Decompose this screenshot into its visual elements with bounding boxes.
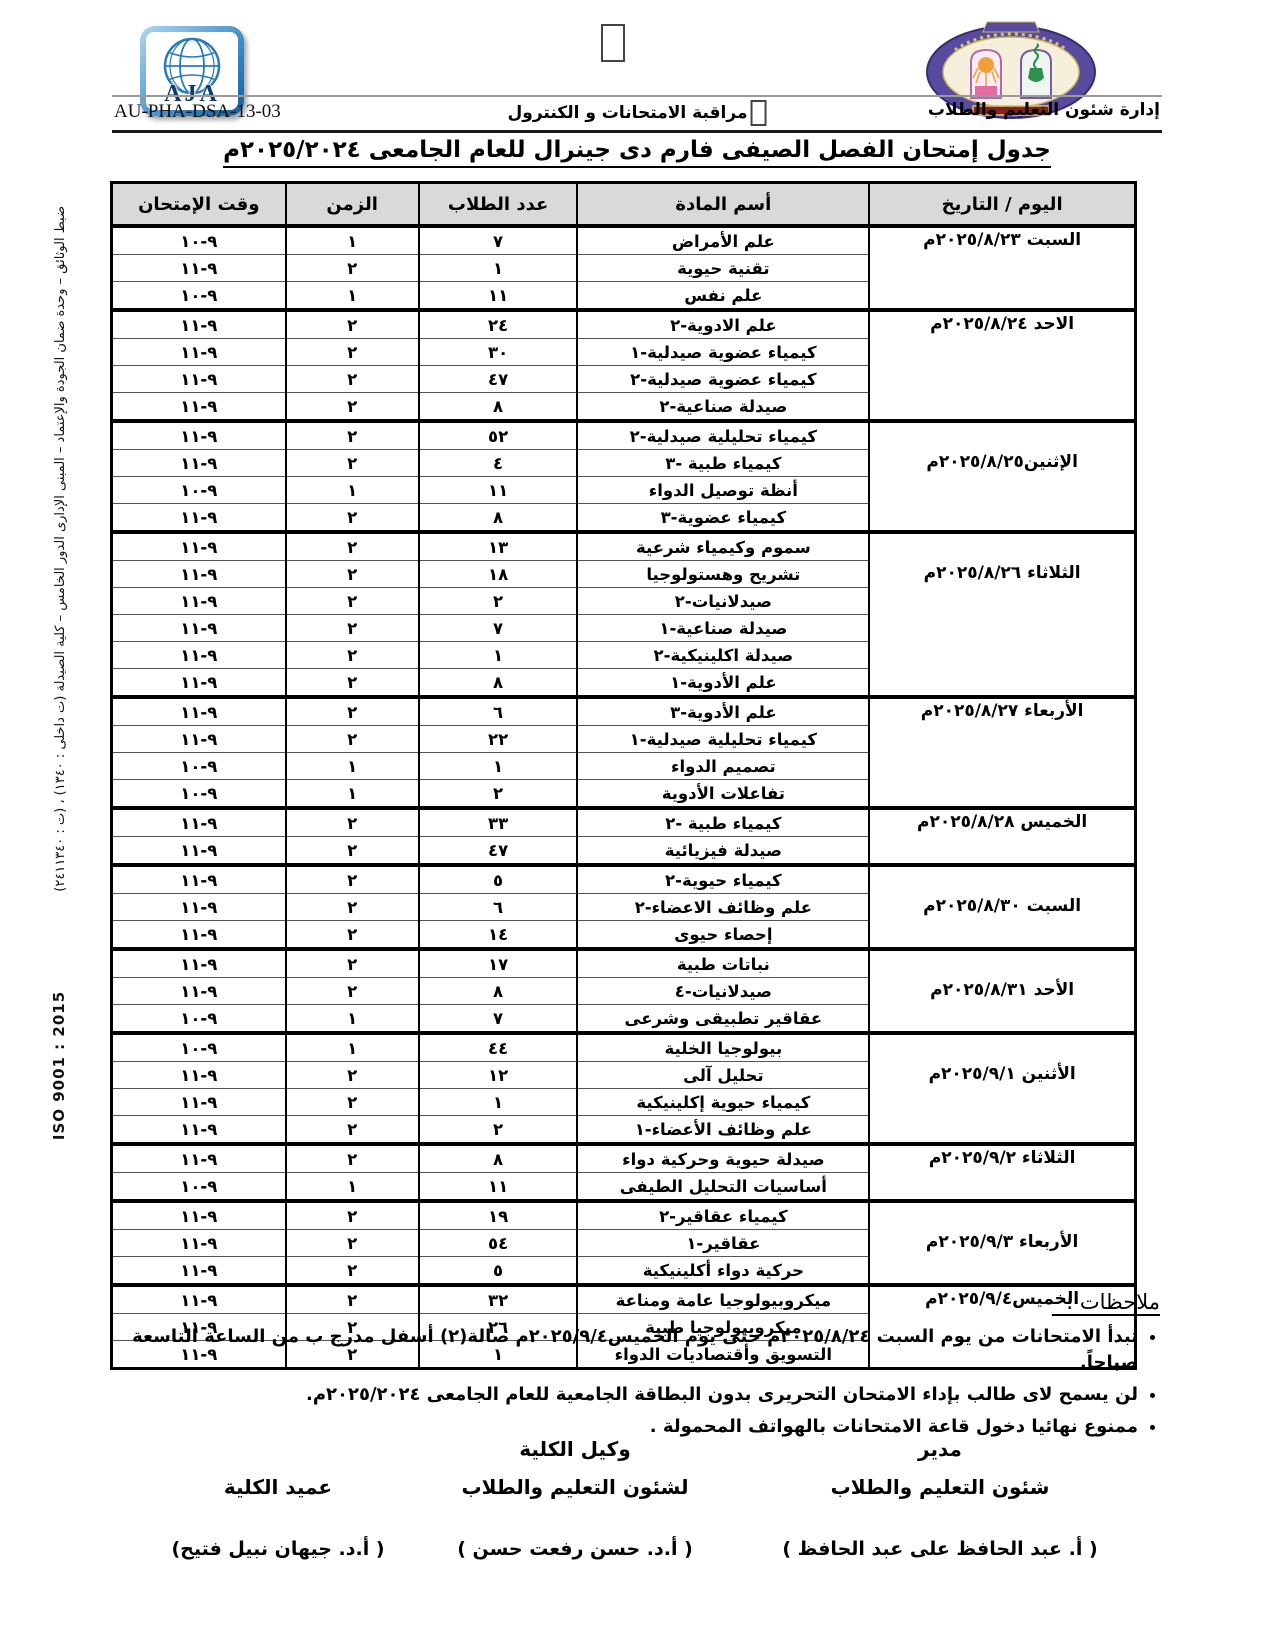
subject-cell: بيولوجيا الخلية <box>577 1033 869 1062</box>
exam-time-cell: ٩-١١ <box>112 1144 286 1173</box>
iso-certification-text: ISO 9001 : 2015 <box>50 991 68 1140</box>
students-count-cell: ٤ <box>419 450 578 477</box>
subject-cell: كيمياء عقاقير-٢ <box>577 1201 869 1230</box>
subject-cell: علم وظائف الأعضاء-١ <box>577 1116 869 1145</box>
exam-time-cell: ٩-١٠ <box>112 1173 286 1202</box>
exam-time-cell: ٩-١٠ <box>112 282 286 311</box>
signature-title-line1: وكيل الكلية <box>425 1430 725 1468</box>
day-date-cell: الاحد ٢٠٢٥/٨/٢٤م <box>869 310 1135 421</box>
table-row: الأربعاء ٢٠٢٥/٩/٣مكيمياء عقاقير-٢١٩٢٩-١١ <box>112 1201 1136 1230</box>
table-row: الخميس ٢٠٢٥/٨/٢٨مكيمياء طبية -٢٣٣٢٩-١١ <box>112 808 1136 837</box>
subject-cell: كيمياء طبية -٢ <box>577 808 869 837</box>
students-count-cell: ٧ <box>419 1005 578 1034</box>
duration-cell: ٢ <box>286 808 419 837</box>
exam-time-cell: ٩-١١ <box>112 450 286 477</box>
subject-cell: صيدلة صناعية-٢ <box>577 393 869 422</box>
subject-cell: صيدلانيات-٤ <box>577 978 869 1005</box>
subject-cell: تحليل آلى <box>577 1062 869 1089</box>
students-count-cell: ٤٧ <box>419 837 578 866</box>
students-count-cell: ٧ <box>419 615 578 642</box>
table-row: السبت ٢٠٢٥/٨/٣٠مكيمياء حيوية-٢٥٢٩-١١ <box>112 865 1136 894</box>
students-count-cell: ٦ <box>419 894 578 921</box>
exam-time-cell: ٩-١١ <box>112 697 286 726</box>
day-date-cell: الثلاثاء ٢٠٢٥/٩/٢م <box>869 1144 1135 1201</box>
students-count-cell: ٣٣ <box>419 808 578 837</box>
column-header: وقت الإمتحان <box>112 183 286 227</box>
vertical-margin-text: ضبط الوثائق – وحدة ضمان الجودة والإعتماد… <box>50 206 68 1088</box>
students-count-cell: ١٤ <box>419 921 578 950</box>
day-date-cell: الثلاثاء ٢٠٢٥/٨/٢٦م <box>869 532 1135 697</box>
day-date-cell: السبت ٢٠٢٥/٨/٣٠م <box>869 865 1135 949</box>
subject-cell: حركية دواء أكلينيكية <box>577 1257 869 1286</box>
subject-cell: سموم وكيمياء شرعية <box>577 532 869 561</box>
subject-cell: علم الأدوية-٣ <box>577 697 869 726</box>
exam-time-cell: ٩-١١ <box>112 615 286 642</box>
exam-time-cell: ٩-١١ <box>112 421 286 450</box>
students-count-cell: ١٩ <box>419 1201 578 1230</box>
students-count-cell: ٢ <box>419 1116 578 1145</box>
duration-cell: ٢ <box>286 697 419 726</box>
missing-glyph-box <box>601 24 625 62</box>
students-count-cell: ٥ <box>419 865 578 894</box>
signature-column: وكيل الكليةلشئون التعليم والطلاب( أ.د. ح… <box>425 1430 725 1560</box>
subject-cell: أساسيات التحليل الطيفى <box>577 1173 869 1202</box>
duration-cell: ٢ <box>286 921 419 950</box>
duration-cell: ٢ <box>286 504 419 533</box>
duration-cell: ٢ <box>286 421 419 450</box>
exam-time-cell: ٩-١٠ <box>112 753 286 780</box>
column-header: عدد الطلاب <box>419 183 578 227</box>
note-item: تبدأ الامتحانات من يوم السبت ٢٠٢٥/٨/٢٤م … <box>112 1324 1138 1376</box>
duration-cell: ٢ <box>286 978 419 1005</box>
exam-table: اليوم / التاريخأسم المادةعدد الطلابالزمن… <box>110 181 1137 1370</box>
subject-cell: صيدلة فيزيائية <box>577 837 869 866</box>
exam-time-cell: ٩-١١ <box>112 1062 286 1089</box>
students-count-cell: ٣٠ <box>419 339 578 366</box>
exam-time-cell: ٩-١١ <box>112 255 286 282</box>
duration-cell: ٢ <box>286 949 419 978</box>
exam-time-cell: ٩-١١ <box>112 1201 286 1230</box>
missing-glyph-box <box>750 100 766 126</box>
signature-title-line2: عميد الكلية <box>128 1468 428 1506</box>
students-count-cell: ١ <box>419 753 578 780</box>
duration-cell: ٢ <box>286 1144 419 1173</box>
duration-cell: ٢ <box>286 865 419 894</box>
exam-time-cell: ٩-١١ <box>112 532 286 561</box>
signature-name: ( أ.د. جيهان نبيل فتيح) <box>128 1538 428 1560</box>
exam-time-cell: ٩-١١ <box>112 504 286 533</box>
subject-cell: صيدلة اكلينيكية-٢ <box>577 642 869 669</box>
students-count-cell: ١ <box>419 255 578 282</box>
day-date-cell: السبت ٢٠٢٥/٨/٢٣م <box>869 226 1135 310</box>
students-count-cell: ٢٢ <box>419 726 578 753</box>
signature-title-line1 <box>128 1430 428 1468</box>
day-date-cell: الأثنين ٢٠٢٥/٩/١م <box>869 1033 1135 1144</box>
table-row: الثلاثاء ٢٠٢٥/٩/٢مصيدلة حيوية وحركية دوا… <box>112 1144 1136 1173</box>
document-page: ضبط الوثائق – وحدة ضمان الجودة والإعتماد… <box>0 0 1275 1650</box>
subject-cell: كيمياء حيوية إكلينيكية <box>577 1089 869 1116</box>
students-count-cell: ٦ <box>419 697 578 726</box>
exam-time-cell: ٩-١١ <box>112 808 286 837</box>
column-header: الزمن <box>286 183 419 227</box>
duration-cell: ٢ <box>286 366 419 393</box>
header-bottom-rule <box>112 130 1162 133</box>
subject-cell: تفاعلات الأدوية <box>577 780 869 809</box>
exam-time-cell: ٩-١١ <box>112 339 286 366</box>
students-count-cell: ٢ <box>419 780 578 809</box>
exam-time-cell: ٩-١١ <box>112 1230 286 1257</box>
note-item: لن يسمح لاى طالب بإداء الامتحان التحريرى… <box>112 1382 1138 1408</box>
subject-cell: عقاقير تطبيقى وشرعى <box>577 1005 869 1034</box>
signature-name: ( أ. عبد الحافظ على عبد الحافظ ) <box>780 1538 1100 1560</box>
header-band: AU-PHA-DSA-13-03 مراقبة الامتحانات و الك… <box>112 97 1162 129</box>
exam-time-cell: ٩-١١ <box>112 642 286 669</box>
students-count-cell: ١١ <box>419 282 578 311</box>
subject-cell: صيدلانيات-٢ <box>577 588 869 615</box>
exam-time-cell: ٩-١١ <box>112 669 286 698</box>
students-count-cell: ٥ <box>419 1257 578 1286</box>
subject-cell: علم نفس <box>577 282 869 311</box>
duration-cell: ٢ <box>286 532 419 561</box>
duration-cell: ١ <box>286 477 419 504</box>
column-header: أسم المادة <box>577 183 869 227</box>
table-row: السبت ٢٠٢٥/٨/٢٣معلم الأمراض٧١٩-١٠ <box>112 226 1136 255</box>
students-count-cell: ٨ <box>419 393 578 422</box>
day-date-cell: الأربعاء ٢٠٢٥/٩/٣م <box>869 1201 1135 1285</box>
table-row: الإثنين٢٠٢٥/٨/٢٥مكيمياء تحليلية صيدلية-٢… <box>112 421 1136 450</box>
column-header: اليوم / التاريخ <box>869 183 1135 227</box>
quality-unit-text: ضبط الوثائق – وحدة ضمان الجودة والإعتماد… <box>53 206 68 892</box>
subject-cell: كيمياء طبية -٣ <box>577 450 869 477</box>
students-count-cell: ٧ <box>419 226 578 255</box>
exam-time-cell: ٩-١٠ <box>112 1033 286 1062</box>
duration-cell: ١ <box>286 1173 419 1202</box>
day-date-cell: الأربعاء ٢٠٢٥/٨/٢٧م <box>869 697 1135 808</box>
duration-cell: ٢ <box>286 339 419 366</box>
subject-cell: علم وظائف الاعضاء-٢ <box>577 894 869 921</box>
exam-time-cell: ٩-١٠ <box>112 477 286 504</box>
exam-time-cell: ٩-١١ <box>112 894 286 921</box>
subject-cell: علم الادوية-٢ <box>577 310 869 339</box>
students-count-cell: ٢٤ <box>419 310 578 339</box>
duration-cell: ٢ <box>286 588 419 615</box>
table-row: الأثنين ٢٠٢٥/٩/١مبيولوجيا الخلية٤٤١٩-١٠ <box>112 1033 1136 1062</box>
subject-cell: نباتات طبية <box>577 949 869 978</box>
subject-cell: كيمياء عضوية صيدلية-٢ <box>577 366 869 393</box>
page-title: جدول إمتحان الفصل الصيفى فارم دى جينرال … <box>223 137 1051 168</box>
duration-cell: ٢ <box>286 837 419 866</box>
education-affairs-label: إدارة شئون التعليم والطلاب <box>928 100 1160 120</box>
students-count-cell: ٢ <box>419 588 578 615</box>
day-date-cell: الإثنين٢٠٢٥/٨/٢٥م <box>869 421 1135 532</box>
duration-cell: ٢ <box>286 1201 419 1230</box>
duration-cell: ٢ <box>286 642 419 669</box>
duration-cell: ٢ <box>286 615 419 642</box>
signature-name: ( أ.د. حسن رفعت حسن ) <box>425 1538 725 1560</box>
students-count-cell: ٨ <box>419 504 578 533</box>
duration-cell: ١ <box>286 753 419 780</box>
duration-cell: ٢ <box>286 1089 419 1116</box>
students-count-cell: ١٢ <box>419 1062 578 1089</box>
day-date-cell: الخميس ٢٠٢٥/٨/٢٨م <box>869 808 1135 865</box>
subject-cell: تصميم الدواء <box>577 753 869 780</box>
exam-time-cell: ٩-١١ <box>112 393 286 422</box>
duration-cell: ١ <box>286 1033 419 1062</box>
exam-time-cell: ٩-١١ <box>112 561 286 588</box>
duration-cell: ٢ <box>286 450 419 477</box>
duration-cell: ٢ <box>286 393 419 422</box>
header-row: اليوم / التاريخأسم المادةعدد الطلابالزمن… <box>112 183 1136 227</box>
duration-cell: ١ <box>286 780 419 809</box>
duration-cell: ٢ <box>286 1257 419 1286</box>
exam-time-cell: ٩-١٠ <box>112 1005 286 1034</box>
document-code: AU-PHA-DSA-13-03 <box>114 101 281 123</box>
exam-table-body: السبت ٢٠٢٥/٨/٢٣معلم الأمراض٧١٩-١٠تقنية ح… <box>112 226 1136 1369</box>
signature-column: عميد الكلية( أ.د. جيهان نبيل فتيح) <box>128 1430 428 1560</box>
duration-cell: ٢ <box>286 255 419 282</box>
exam-control-label-group: مراقبة الامتحانات و الكنترول <box>508 100 767 126</box>
students-count-cell: ١٧ <box>419 949 578 978</box>
duration-cell: ١ <box>286 282 419 311</box>
notes-list: تبدأ الامتحانات من يوم السبت ٢٠٢٥/٨/٢٤م … <box>112 1324 1162 1440</box>
students-count-cell: ٤٧ <box>419 366 578 393</box>
signature-title-line2: لشئون التعليم والطلاب <box>425 1468 725 1506</box>
subject-cell: أنظة توصيل الدواء <box>577 477 869 504</box>
duration-cell: ٢ <box>286 669 419 698</box>
exam-control-label: مراقبة الامتحانات و الكنترول <box>508 103 748 123</box>
subject-cell: تقنية حيوية <box>577 255 869 282</box>
exam-time-cell: ٩-١١ <box>112 1089 286 1116</box>
exam-table-head: اليوم / التاريخأسم المادةعدد الطلابالزمن… <box>112 183 1136 227</box>
table-row: الاحد ٢٠٢٥/٨/٢٤معلم الادوية-٢٢٤٢٩-١١ <box>112 310 1136 339</box>
exam-time-cell: ٩-١١ <box>112 837 286 866</box>
exam-time-cell: ٩-١١ <box>112 921 286 950</box>
students-count-cell: ١ <box>419 1089 578 1116</box>
duration-cell: ٢ <box>286 1116 419 1145</box>
students-count-cell: ٥٤ <box>419 1230 578 1257</box>
students-count-cell: ٤٤ <box>419 1033 578 1062</box>
students-count-cell: ٨ <box>419 1144 578 1173</box>
subject-cell: تشريح وهستولوجيا <box>577 561 869 588</box>
table-row: الثلاثاء ٢٠٢٥/٨/٢٦مسموم وكيمياء شرعية١٣٢… <box>112 532 1136 561</box>
exam-time-cell: ٩-١١ <box>112 726 286 753</box>
subject-cell: علم الأمراض <box>577 226 869 255</box>
exam-time-cell: ٩-١١ <box>112 588 286 615</box>
subject-cell: صيدلة حيوية وحركية دواء <box>577 1144 869 1173</box>
duration-cell: ١ <box>286 1005 419 1034</box>
exam-time-cell: ٩-١١ <box>112 949 286 978</box>
subject-cell: كيمياء عضوية-٣ <box>577 504 869 533</box>
page-title-wrap: جدول إمتحان الفصل الصيفى فارم دى جينرال … <box>112 137 1162 168</box>
subject-cell: صيدلة صناعية-١ <box>577 615 869 642</box>
exam-time-cell: ٩-١١ <box>112 366 286 393</box>
exam-time-cell: ٩-١١ <box>112 310 286 339</box>
subject-cell: كيمياء تحليلية صيدلية-١ <box>577 726 869 753</box>
subject-cell: كيمياء تحليلية صيدلية-٢ <box>577 421 869 450</box>
signature-title-line2: شئون التعليم والطلاب <box>780 1468 1100 1506</box>
subject-cell: علم الأدوية-١ <box>577 669 869 698</box>
students-count-cell: ١١ <box>419 477 578 504</box>
duration-cell: ٢ <box>286 894 419 921</box>
students-count-cell: ١١ <box>419 1173 578 1202</box>
signature-column: مديرشئون التعليم والطلاب( أ. عبد الحافظ … <box>780 1430 1100 1560</box>
students-count-cell: ١٨ <box>419 561 578 588</box>
students-count-cell: ٨ <box>419 978 578 1005</box>
duration-cell: ٢ <box>286 726 419 753</box>
students-count-cell: ١ <box>419 642 578 669</box>
table-row: الأحد ٢٠٢٥/٨/٣١منباتات طبية١٧٢٩-١١ <box>112 949 1136 978</box>
subject-cell: إحصاء حيوى <box>577 921 869 950</box>
duration-cell: ٢ <box>286 561 419 588</box>
table-row: الأربعاء ٢٠٢٥/٨/٢٧معلم الأدوية-٣٦٢٩-١١ <box>112 697 1136 726</box>
notes-section: ملاحظات : - تبدأ الامتحانات من يوم السبت… <box>112 1290 1162 1446</box>
exam-time-cell: ٩-١١ <box>112 978 286 1005</box>
duration-cell: ١ <box>286 226 419 255</box>
exam-time-cell: ٩-١٠ <box>112 226 286 255</box>
exam-time-cell: ٩-١١ <box>112 865 286 894</box>
students-count-cell: ٥٢ <box>419 421 578 450</box>
day-date-cell: الأحد ٢٠٢٥/٨/٣١م <box>869 949 1135 1033</box>
subject-cell: كيمياء حيوية-٢ <box>577 865 869 894</box>
exam-time-cell: ٩-١٠ <box>112 780 286 809</box>
subject-cell: عقاقير-١ <box>577 1230 869 1257</box>
signature-title-line1: مدير <box>780 1430 1100 1468</box>
subject-cell: كيمياء عضوية صيدلية-١ <box>577 339 869 366</box>
students-count-cell: ١٣ <box>419 532 578 561</box>
duration-cell: ٢ <box>286 1062 419 1089</box>
students-count-cell: ٨ <box>419 669 578 698</box>
notes-heading: ملاحظات : - <box>1052 1290 1160 1314</box>
duration-cell: ٢ <box>286 1230 419 1257</box>
duration-cell: ٢ <box>286 310 419 339</box>
exam-time-cell: ٩-١١ <box>112 1116 286 1145</box>
exam-time-cell: ٩-١١ <box>112 1257 286 1286</box>
